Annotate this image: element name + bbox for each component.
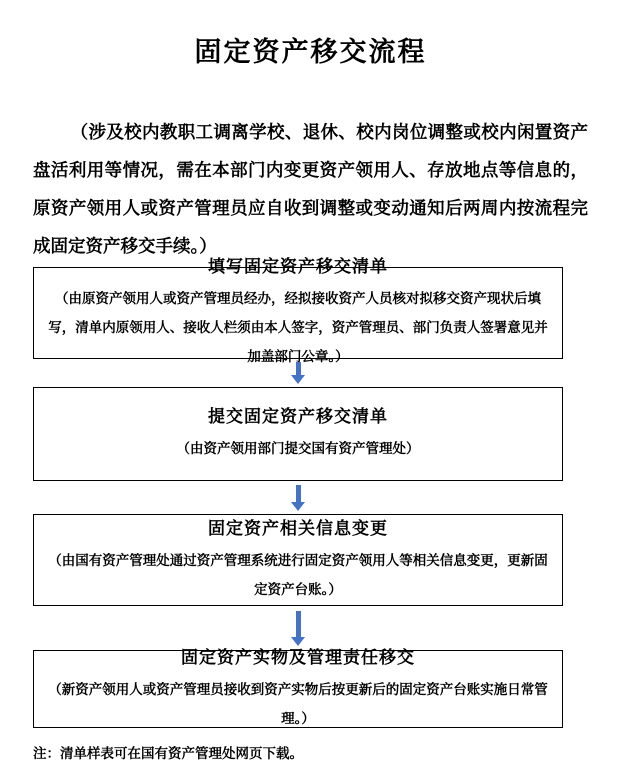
footnote: 注：清单样表可在国有资产管理处网页下载。 — [33, 742, 588, 762]
flow-step-description: （由资产领用部门提交国有资产管理处） — [167, 434, 430, 463]
arrow-shaft — [296, 611, 301, 637]
down-arrow-icon — [33, 481, 563, 514]
down-arrow-icon — [33, 359, 563, 387]
page-title: 固定资产移交流程 — [33, 0, 588, 71]
flow-step-description: （新资产领用人或资产管理员接收到资产实物后按更新后的固定资产台账实施日常管理。） — [34, 675, 562, 733]
flow-step-fill-transfer-list: 填写固定资产移交清单 （由原资产领用人或资产管理员经办，经拟接收资产人员核对拟移… — [33, 267, 563, 359]
flow-step-description: （由原资产领用人或资产管理员经办，经拟接收资产人员核对拟移交资产现状后填写，清单… — [34, 284, 562, 371]
flow-step-title: 固定资产相关信息变更 — [208, 517, 388, 541]
arrow-head — [291, 502, 305, 511]
arrow-shaft — [296, 485, 301, 502]
flowchart: 填写固定资产移交清单 （由原资产领用人或资产管理员经办，经拟接收资产人员核对拟移… — [33, 267, 563, 728]
arrow-shaft — [296, 362, 301, 375]
flow-step-title: 固定资产实物及管理责任移交 — [181, 646, 415, 670]
flow-step-update-asset-info: 固定资产相关信息变更 （由国有资产管理处通过资产管理系统进行固定资产领用人等相关… — [33, 514, 563, 606]
flow-step-submit-transfer-list: 提交固定资产移交清单 （由资产领用部门提交国有资产管理处） — [33, 387, 563, 481]
flow-step-description: （由国有资产管理处通过资产管理系统进行固定资产领用人等相关信息变更，更新固定资产… — [34, 546, 562, 604]
flow-step-title: 提交固定资产移交清单 — [208, 405, 388, 429]
flow-step-title: 填写固定资产移交清单 — [208, 255, 388, 279]
arrow-head — [291, 637, 305, 646]
arrow-head — [291, 375, 305, 384]
flow-step-handover-asset: 固定资产实物及管理责任移交 （新资产领用人或资产管理员接收到资产实物后按更新后的… — [33, 650, 563, 728]
document-page: 固定资产移交流程 （涉及校内教职工调离学校、退休、校内岗位调整或校内闲置资产盘活… — [0, 0, 621, 765]
down-arrow-icon — [33, 606, 563, 650]
intro-paragraph: （涉及校内教职工调离学校、退休、校内岗位调整或校内闲置资产盘活利用等情况，需在本… — [33, 113, 588, 265]
